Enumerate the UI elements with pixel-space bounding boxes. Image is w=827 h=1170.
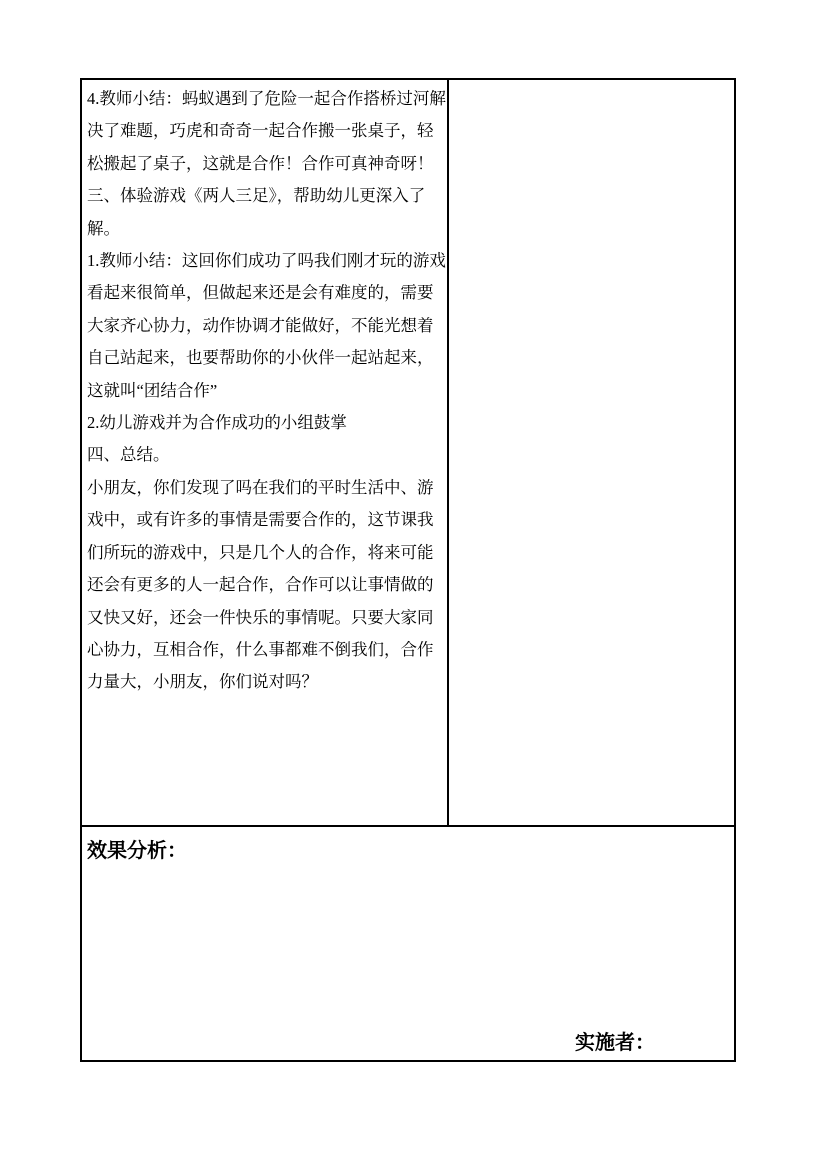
content-line: 这就叫“团结合作” [87,375,445,407]
content-line: 三、体验游戏《两人三足》，帮助幼儿更深入了 [87,180,445,212]
content-line: 自己站起来，也要帮助你的小伙伴一起站起来， [87,342,445,374]
lesson-plan-table: 4.教师小结：蚂蚁遇到了危险一起合作搭桥过河解决了难题，巧虎和奇奇一起合作搬一张… [80,78,736,1062]
effect-analysis-cell: 效果分析： 实施者： [82,827,734,1060]
content-line: 松搬起了桌子，这就是合作！合作可真神奇呀！ [87,148,445,180]
implementer-label: 实施者： [575,1031,655,1056]
lesson-process-cell: 4.教师小结：蚂蚁遇到了危险一起合作搭桥过河解决了难题，巧虎和奇奇一起合作搬一张… [82,80,449,825]
content-line: 决了难题，巧虎和奇奇一起合作搬一张桌子，轻 [87,115,445,147]
table-row-main: 4.教师小结：蚂蚁遇到了危险一起合作搭桥过河解决了难题，巧虎和奇奇一起合作搬一张… [82,80,734,827]
content-line: 力量大，小朋友，你们说对吗？ [87,666,445,698]
effect-analysis-label: 效果分析： [87,839,729,864]
content-line: 们所玩的游戏中，只是几个人的合作，将来可能 [87,537,445,569]
content-line: 还会有更多的人一起合作，合作可以让事情做的 [87,569,445,601]
notes-cell [449,80,734,825]
content-line: 又快又好，还会一件快乐的事情呢。只要大家同 [87,602,445,634]
content-line: 看起来很简单，但做起来还是会有难度的，需要 [87,277,445,309]
content-line: 1.教师小结：这回你们成功了吗我们刚才玩的游戏 [87,245,445,277]
content-line: 四、总结。 [87,439,445,471]
document-page: 4.教师小结：蚂蚁遇到了危险一起合作搭桥过河解决了难题，巧虎和奇奇一起合作搬一张… [0,0,827,1170]
content-line: 解。 [87,213,445,245]
content-line: 大家齐心协力，动作协调才能做好，不能光想着 [87,310,445,342]
content-line: 2.幼儿游戏并为合作成功的小组鼓掌 [87,407,445,439]
content-line: 小朋友，你们发现了吗在我们的平时生活中、游 [87,472,445,504]
content-line: 戏中，或有许多的事情是需要合作的，这节课我 [87,504,445,536]
content-line: 4.教师小结：蚂蚁遇到了危险一起合作搭桥过河解 [87,83,445,115]
content-line: 心协力，互相合作，什么事都难不倒我们，合作 [87,634,445,666]
